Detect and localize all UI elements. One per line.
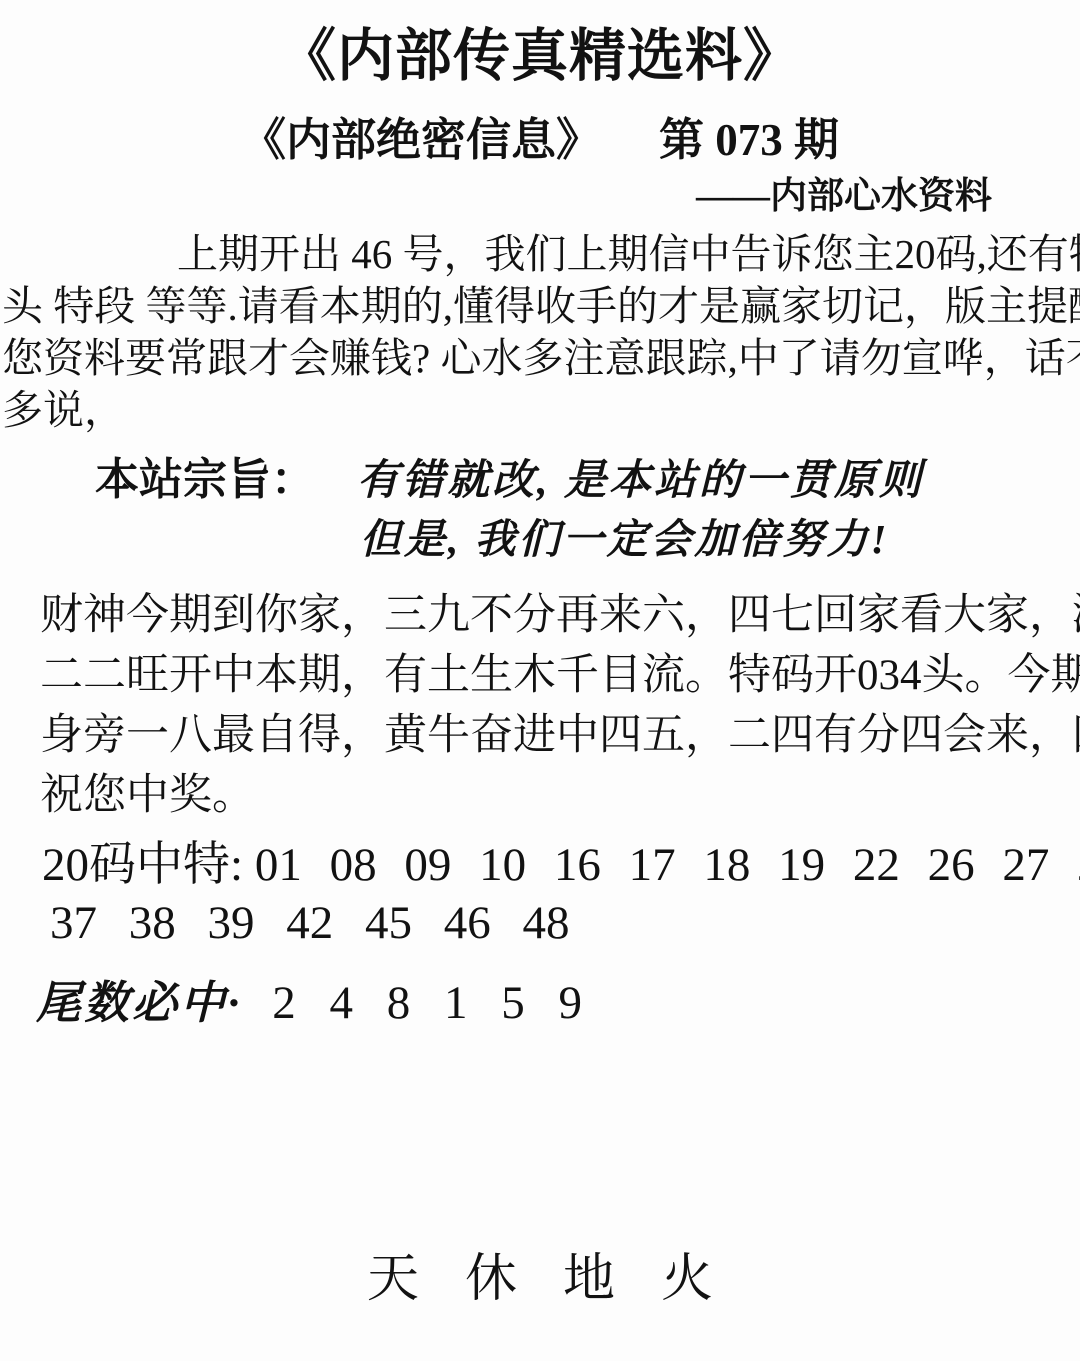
tail-numbers-row: 尾数必中·2 4 8 1 5 9 (0, 974, 1080, 1033)
motto-row: 本站宗旨：有错就改, 是本站的一贯原则 (0, 454, 1080, 507)
intro-line-2: 头 特段 等等.请看本期的,懂得收手的才是赢家切记，版主提醒 (2, 280, 1078, 332)
poem-paragraph: 财神今期到你家，三九不分再来六，四七回家看大家，湖里鱼儿二三条 二二旺开中本期，… (0, 586, 1080, 826)
motto-label: 本站宗旨： (95, 455, 315, 504)
document-title: 《内部传真精选料》 (0, 0, 1080, 90)
fax-document-page: 《内部传真精选料》 《内部绝密信息》第 073 期 ——内部心水资料 上期开出 … (0, 0, 1080, 1361)
intro-line-1: 上期开出 46 号，我们上期信中告诉您主20码,还有特 (2, 228, 1078, 280)
picks-row-1: 20码中特: 01 08 09 10 16 17 18 19 22 26 27 … (0, 836, 1080, 894)
intro-paragraph: 上期开出 46 号，我们上期信中告诉您主20码,还有特 头 特段 等等.请看本期… (0, 228, 1080, 436)
footer-seal-text: 天休地火 (0, 1236, 1080, 1311)
intro-line-4: 多说， (2, 384, 1078, 436)
motto-line-2: 但是, 我们一定会加倍努力! (360, 515, 1080, 564)
tails-label: 尾数必中· (36, 978, 242, 1028)
byline: ——内部心水资料 (0, 177, 1080, 218)
poem-line-4: 祝您中奖。 (40, 766, 1080, 826)
picks-label: 20码中特: (42, 839, 243, 891)
picks-numbers-line-1: 01 08 09 10 16 17 18 19 22 26 27 28 33 (255, 839, 1080, 891)
poem-line-2: 二二旺开中本期，有土生木千目流。特码开034头。今期特段16到32, (40, 646, 1080, 706)
issue-heading-series: 《内部绝密信息》 (241, 115, 601, 165)
poem-line-3: 身旁一八最自得，黄牛奋进中四五，二四有分四会来，四一难求一来合 (40, 706, 1080, 766)
picks-numbers-line-2: 37 38 39 42 45 46 48 (0, 894, 1080, 952)
issue-heading: 《内部绝密信息》第 073 期 (0, 116, 1080, 166)
intro-line-3: 您资料要常跟才会赚钱? 心水多注意跟踪,中了请勿宣哗，话不 (2, 332, 1078, 384)
tails-digits: 2 4 8 1 5 9 (272, 977, 584, 1029)
poem-line-1: 财神今期到你家，三九不分再来六，四七回家看大家，湖里鱼儿二三条 (40, 586, 1080, 646)
issue-number: 第 073 期 (659, 115, 839, 165)
motto-line-1: 有错就改, 是本站的一贯原则 (357, 458, 924, 504)
